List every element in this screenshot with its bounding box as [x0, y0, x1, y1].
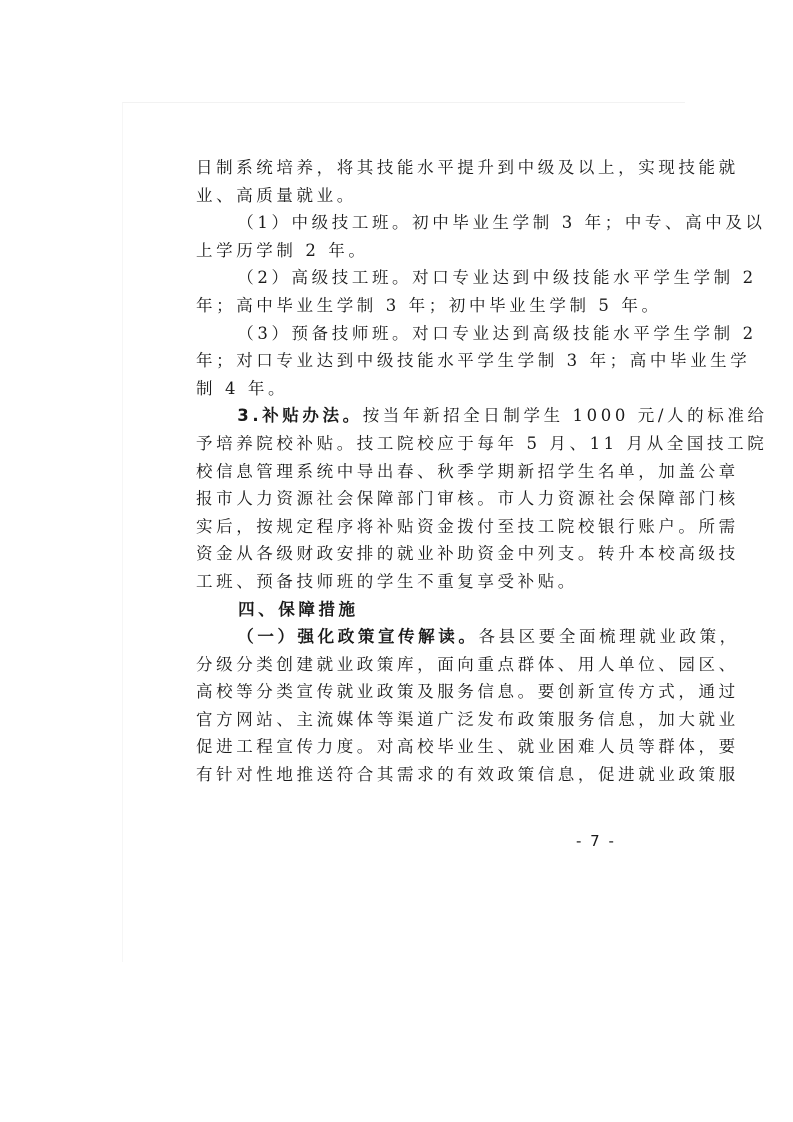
- bold-lead-in: （一）强化政策宣传解读。: [237, 627, 478, 646]
- line-text: （3）预备技师班。对口专业达到高级技能水平学生学制 2: [237, 324, 756, 343]
- text-line: （1）中级技工班。初中毕业生学制 3 年；中专、高中及以: [196, 209, 612, 237]
- text-line: 报市人力资源社会保障部门审核。市人力资源社会保障部门核: [196, 485, 612, 513]
- line-text: （2）高级技工班。对口专业达到中级技能水平学生学制 2: [237, 268, 756, 287]
- text-line: 制 4 年。: [196, 375, 612, 403]
- line-text: 分级分类创建就业政策库，面向重点群体、用人单位、园区、: [196, 655, 739, 674]
- line-text: 按当年新招全日制学生 1000 元/人的标准给: [363, 406, 768, 425]
- text-line: 分级分类创建就业政策库，面向重点群体、用人单位、园区、: [196, 651, 612, 679]
- line-text: 报市人力资源社会保障部门审核。市人力资源社会保障部门核: [196, 489, 739, 508]
- line-text: 有针对性地推送符合其需求的有效政策信息，促进就业政策服: [196, 765, 739, 784]
- line-text: 校信息管理系统中导出春、秋季学期新招学生名单，加盖公章: [196, 462, 739, 481]
- text-line: 实后，按规定程序将补贴资金拨付至技工院校银行账户。所需: [196, 513, 612, 541]
- section-heading: 四、保障措施: [196, 596, 612, 624]
- text-line: （2）高级技工班。对口专业达到中级技能水平学生学制 2: [196, 264, 612, 292]
- line-text: （1）中级技工班。初中毕业生学制 3 年；中专、高中及以: [237, 213, 765, 232]
- text-line: （一）强化政策宣传解读。各县区要全面梳理就业政策，: [196, 623, 612, 651]
- text-line: 年；对口专业达到中级技能水平学生学制 3 年；高中毕业生学: [196, 347, 612, 375]
- text-line: 上学历学制 2 年。: [196, 237, 612, 265]
- text-line: 资金从各级财政安排的就业补助资金中列支。转升本校高级技: [196, 540, 612, 568]
- line-text: 高校等分类宣传就业政策及服务信息。要创新宣传方式，通过: [196, 682, 739, 701]
- line-text: 制 4 年。: [196, 379, 288, 398]
- text-line: 官方网站、主流媒体等渠道广泛发布政策服务信息，加大就业: [196, 706, 612, 734]
- text-line: 日制系统培养，将其技能水平提升到中级及以上，实现技能就: [196, 154, 612, 182]
- paragraph-block-safeguards: （一）强化政策宣传解读。各县区要全面梳理就业政策，分级分类创建就业政策库，面向重…: [196, 623, 612, 789]
- line-text: 官方网站、主流媒体等渠道广泛发布政策服务信息，加大就业: [196, 710, 739, 729]
- line-text: 年；对口专业达到中级技能水平学生学制 3 年；高中毕业生学: [196, 351, 750, 370]
- text-line: 予培养院校补贴。技工院校应于每年 5 月、11 月从全国技工院: [196, 430, 612, 458]
- text-line: 3.补贴办法。按当年新招全日制学生 1000 元/人的标准给: [196, 402, 612, 430]
- line-text: 各县区要全面梳理就业政策，: [478, 627, 739, 646]
- line-text: 上学历学制 2 年。: [196, 241, 369, 260]
- line-text: 实后，按规定程序将补贴资金拨付至技工院校银行账户。所需: [196, 517, 739, 536]
- line-text: 予培养院校补贴。技工院校应于每年 5 月、11 月从全国技工院: [196, 434, 767, 453]
- line-text: 资金从各级财政安排的就业补助资金中列支。转升本校高级技: [196, 544, 739, 563]
- line-text: 年；高中毕业生学制 3 年；初中毕业生学制 5 年。: [196, 296, 662, 315]
- text-line: 校信息管理系统中导出春、秋季学期新招学生名单，加盖公章: [196, 458, 612, 486]
- text-line: 促进工程宣传力度。对高校毕业生、就业困难人员等群体，要: [196, 733, 612, 761]
- paragraph-block-training: 日制系统培养，将其技能水平提升到中级及以上，实现技能就业、高质量就业。（1）中级…: [196, 154, 612, 596]
- text-line: 业、高质量就业。: [196, 182, 612, 210]
- text-line: 高校等分类宣传就业政策及服务信息。要创新宣传方式，通过: [196, 678, 612, 706]
- text-line: 有针对性地推送符合其需求的有效政策信息，促进就业政策服: [196, 761, 612, 789]
- document-body: 日制系统培养，将其技能水平提升到中级及以上，实现技能就业、高质量就业。（1）中级…: [196, 154, 612, 789]
- line-text: 工班、预备技师班的学生不重复享受补贴。: [196, 572, 578, 591]
- line-text: 促进工程宣传力度。对高校毕业生、就业困难人员等群体，要: [196, 737, 739, 756]
- text-line: （3）预备技师班。对口专业达到高级技能水平学生学制 2: [196, 320, 612, 348]
- text-line: 年；高中毕业生学制 3 年；初中毕业生学制 5 年。: [196, 292, 612, 320]
- text-line: 工班、预备技师班的学生不重复享受补贴。: [196, 568, 612, 596]
- bold-lead-in: 3.补贴办法。: [237, 406, 362, 425]
- page-number: - 7 -: [576, 832, 616, 850]
- line-text: 日制系统培养，将其技能水平提升到中级及以上，实现技能就: [196, 158, 739, 177]
- line-text: 业、高质量就业。: [196, 186, 357, 205]
